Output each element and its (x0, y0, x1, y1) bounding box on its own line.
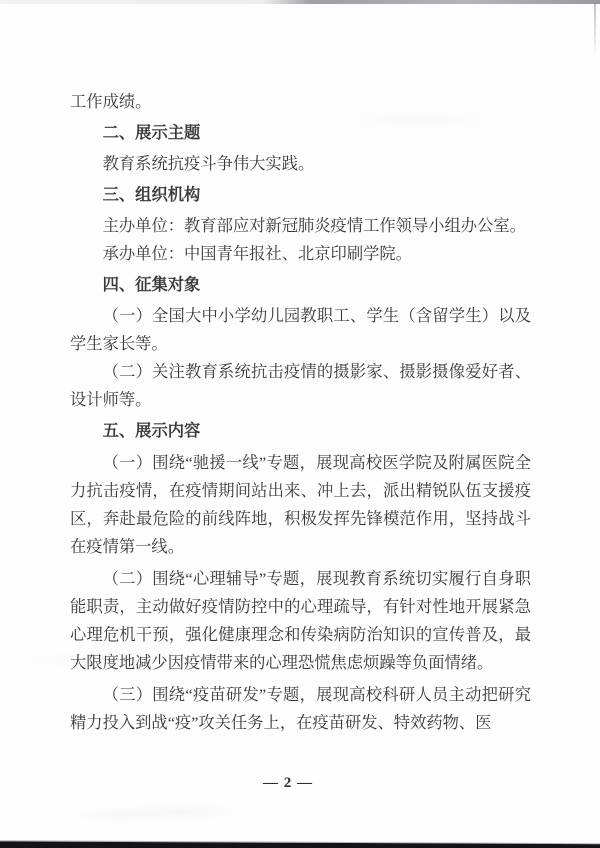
page-footer: — 2 — (0, 773, 576, 793)
paragraph: （一）全国大中小学幼儿园教职工、学生（含留学生）以及学生家长等。 (70, 302, 531, 358)
paragraph: （一）围绕“驰援一线”专题，展现高校医学院及附属医院全力抗击疫情，在疫情期间站出… (70, 449, 531, 561)
paragraph: 教育系统抗疫斗争伟大实践。 (70, 150, 531, 178)
paragraph: 工作成绩。 (70, 88, 531, 116)
paragraph: （二）围绕“心理辅导”专题，展现教育系统切实履行自身职能职责，主动做好疫情防控中… (70, 565, 531, 677)
paragraph: 承办单位：中国青年报社、北京印刷学院。 (70, 240, 531, 268)
section-heading: 二、展示主题 (70, 119, 531, 147)
section-heading: 五、展示内容 (70, 417, 531, 445)
section-heading: 三、组织机构 (70, 181, 531, 209)
scan-bottom-edge (0, 836, 600, 848)
scan-top-edge-line (0, 0, 600, 4)
scanned-document-page: 工作成绩。二、展示主题教育系统抗疫斗争伟大实践。三、组织机构主办单位：教育部应对… (0, 0, 600, 848)
paragraph: 主办单位：教育部应对新冠肺炎疫情工作领导小组办公室。 (70, 212, 531, 240)
page-number: — 2 — (263, 775, 313, 791)
paragraph: （三）围绕“疫苗研发”专题，展现高校科研人员主动把研究精力投入到战“疫”攻关任务… (70, 681, 531, 737)
section-heading: 四、征集对象 (70, 271, 531, 299)
document-paragraphs: 工作成绩。二、展示主题教育系统抗疫斗争伟大实践。三、组织机构主办单位：教育部应对… (70, 88, 531, 737)
paragraph: （二）关注教育系统抗击疫情的摄影家、摄影摄像爱好者、设计师等。 (70, 358, 531, 414)
scan-right-edge-line (594, 3, 596, 59)
